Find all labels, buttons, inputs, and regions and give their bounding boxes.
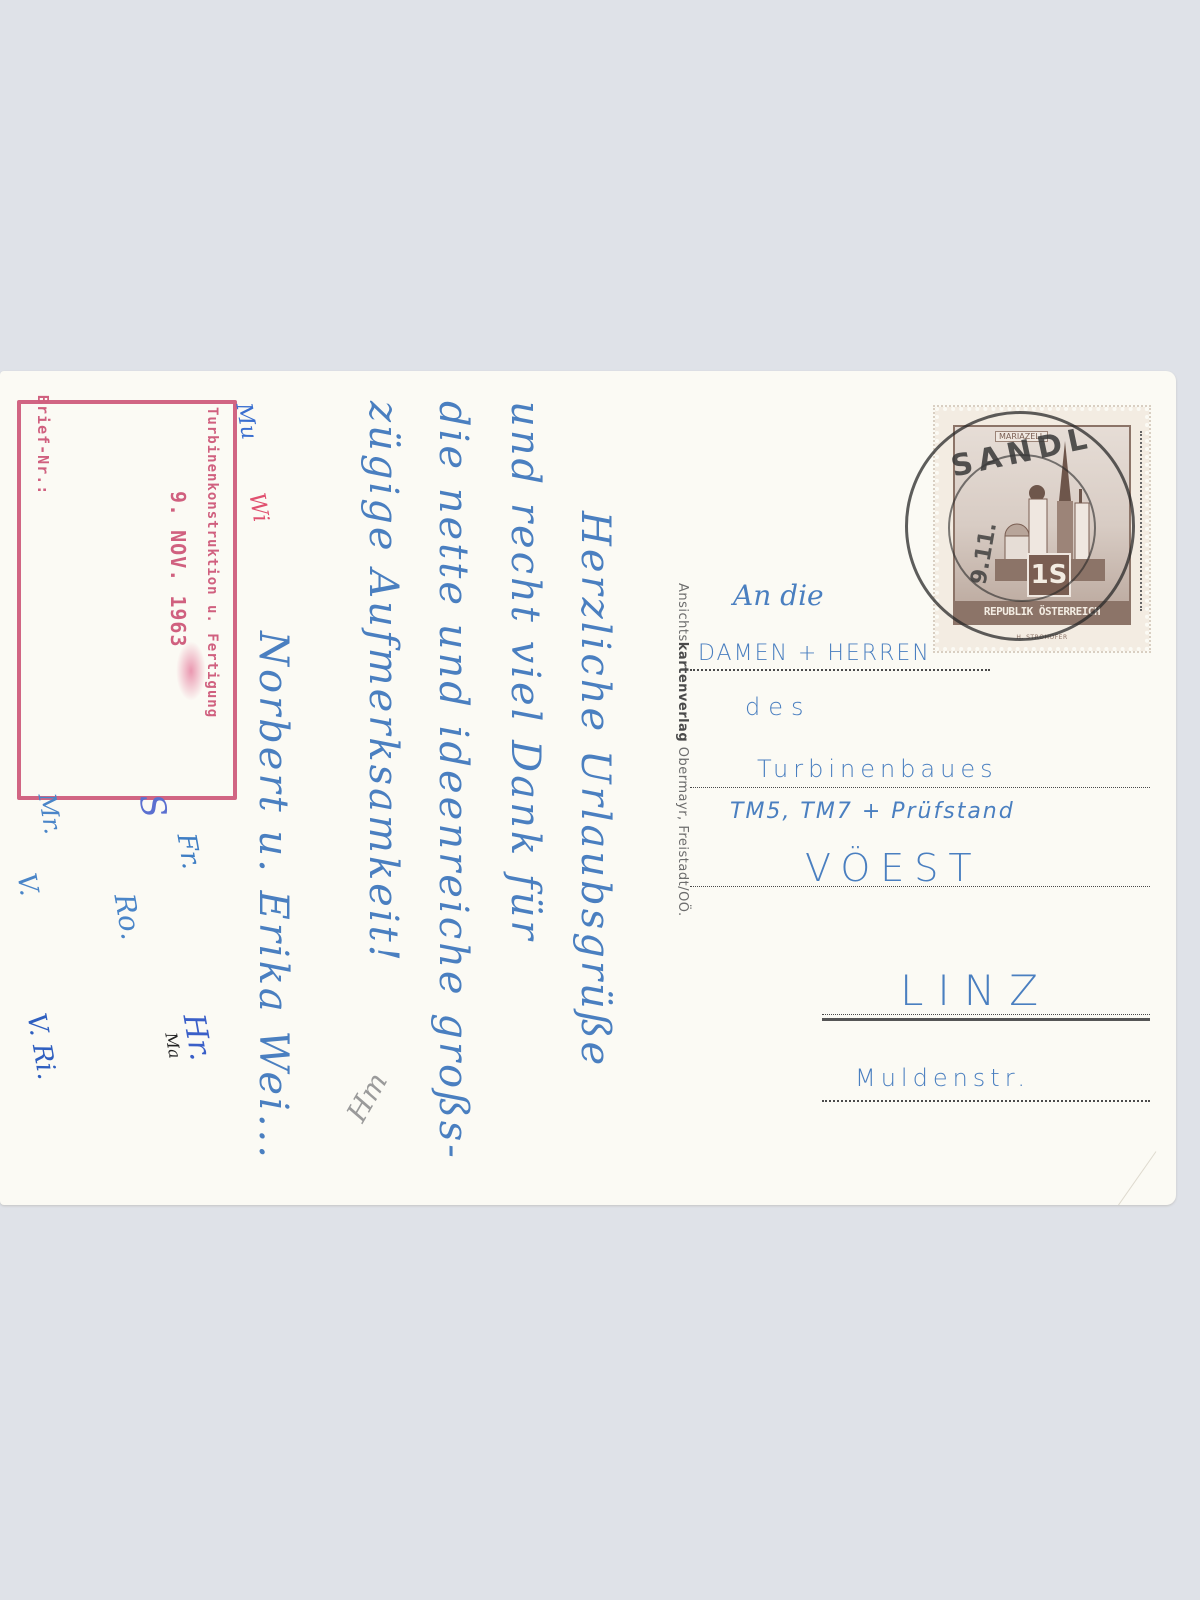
message-signoff: Norbert u. Erika Wei... xyxy=(250,631,296,1161)
address-city: LINZ xyxy=(900,966,1052,1015)
address-rule xyxy=(690,787,1150,788)
stamp-department: Turbinenkonstruktion u. Fertigung xyxy=(204,407,220,718)
address-rule xyxy=(690,886,1150,887)
address-department: Turbinenbaues xyxy=(757,755,998,783)
publisher-name: Obermayr, Freistadt/OÖ. xyxy=(675,747,690,917)
message-line: die nette und ideenreiche großs- xyxy=(430,401,476,1161)
paper-crease xyxy=(1075,1151,1156,1205)
signature: Wi xyxy=(243,491,273,524)
address-recipients: DAMEN + HERREN xyxy=(698,641,931,666)
publisher-prefix: Ansichts xyxy=(675,583,690,642)
address-rule xyxy=(822,1014,1150,1015)
message-line: Herzliche Urlaubsgrüße xyxy=(572,511,618,1068)
address-rule xyxy=(822,1100,1150,1102)
stamp-brief-label: Brief-Nr.: xyxy=(34,395,52,495)
signature: Ro. xyxy=(108,891,149,942)
address-salutation: An die xyxy=(733,579,824,612)
postcard: Turbinenkonstruktion u. Fertigung 9. NOV… xyxy=(0,371,1176,1205)
address-rule xyxy=(690,669,990,671)
address-rule xyxy=(822,1018,1150,1021)
address-subunits: TM5, TM7 + Prüfstand xyxy=(730,799,1015,824)
stamp-box-border xyxy=(1140,431,1144,611)
ink-smudge xyxy=(176,641,206,701)
signature: V. Ri. xyxy=(20,1011,61,1082)
signature: Mu xyxy=(230,401,261,441)
signature: Fr. xyxy=(170,831,206,872)
message-line: zügige Aufmerksamkeit! xyxy=(360,401,406,964)
address-article: des xyxy=(745,693,812,721)
signature: Hm xyxy=(340,1067,394,1128)
publisher-imprint: Ansichtskartenverlag Obermayr, Freistadt… xyxy=(675,583,690,917)
address-street: Muldenstr. xyxy=(855,1064,1030,1092)
signature: V. xyxy=(10,871,43,898)
publisher-bold: kartenverlag xyxy=(675,642,690,742)
address-company: VÖEST xyxy=(805,846,982,890)
stamp-received-date: 9. NOV. 1963 xyxy=(166,491,190,648)
message-line: und recht viel Dank für xyxy=(502,401,548,942)
